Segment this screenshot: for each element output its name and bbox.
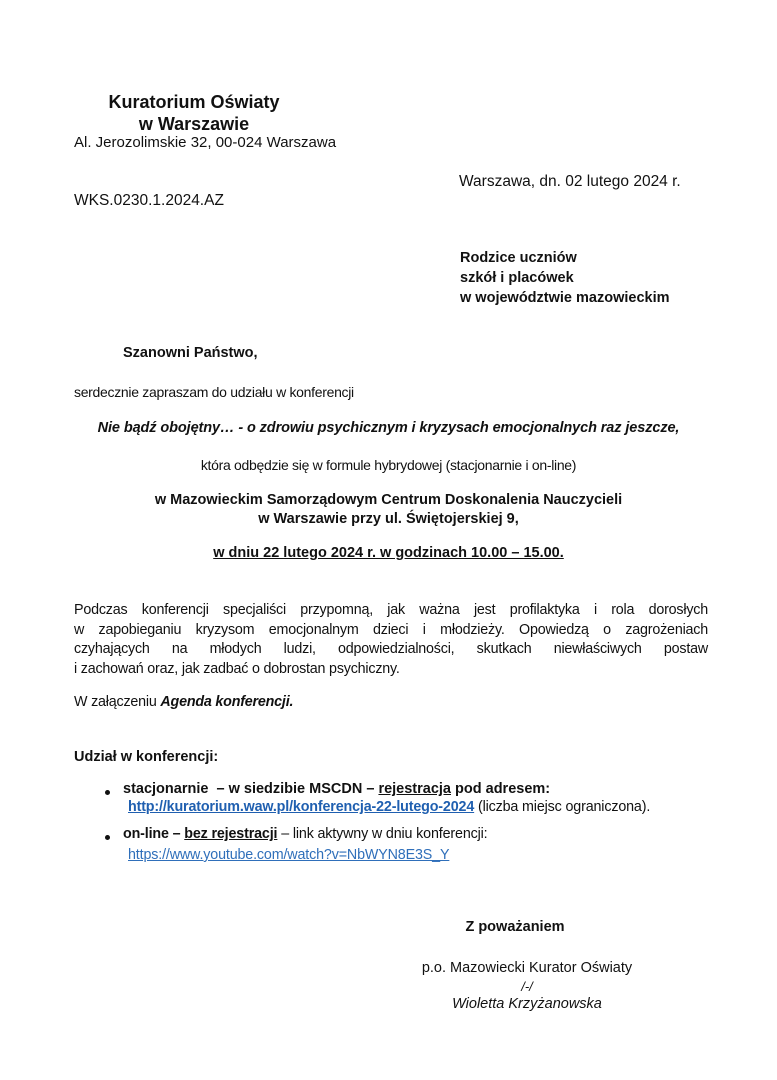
capacity-note: (liczba miejsc ograniczona).	[474, 799, 650, 815]
attachment-prefix: W załączeniu	[74, 694, 160, 710]
bullet-icon	[105, 835, 110, 840]
item-text: – w siedzibie MSCDN –	[208, 781, 378, 797]
description-line: w zapobieganiu kryzysom emocjonalnym dzi…	[74, 621, 708, 641]
signatory-name: Wioletta Krzyżanowska	[360, 995, 694, 1014]
salutation: Szanowni Państwo,	[123, 345, 258, 361]
participation-item-online: on-line – bez rejestracji – link aktywny…	[123, 826, 488, 842]
attachment-name: Agenda konferencji.	[160, 694, 293, 710]
org-name-line1: Kuratorium Oświaty	[0, 91, 388, 113]
signature-mark: /-/	[360, 978, 694, 995]
signature-block: p.o. Mazowiecki Kurator Oświaty /-/ Wiol…	[360, 959, 694, 1014]
mode-label: stacjonarnie	[123, 781, 208, 797]
recipient-line1: Rodzice uczniów	[460, 248, 670, 268]
recipient-block: Rodzice uczniów szkół i placówek w wojew…	[460, 248, 670, 308]
recipient-line2: szkół i placówek	[460, 268, 670, 288]
registration-link[interactable]: http://kuratorium.waw.pl/konferencja-22-…	[128, 799, 474, 815]
description-line: i zachowań oraz, jak zadbać o dobrostan …	[74, 660, 708, 680]
event-datetime: w dniu 22 lutego 2024 r. w godzinach 10.…	[0, 545, 777, 561]
signatory-title: p.o. Mazowiecki Kurator Oświaty	[360, 959, 694, 978]
bullet-icon	[105, 790, 110, 795]
description-line: Podczas konferencji specjaliści przypomn…	[74, 601, 708, 621]
organization-name: Kuratorium Oświaty w Warszawie	[0, 91, 388, 135]
registration-emphasis: rejestracja	[378, 781, 451, 797]
intro-text: serdecznie zapraszam do udziału w konfer…	[74, 384, 354, 400]
item-text: – link aktywny w dniu konferencji:	[277, 826, 487, 842]
attachment-note: W załączeniu Agenda konferencji.	[74, 694, 293, 710]
recipient-line3: w województwie mazowieckim	[460, 288, 670, 308]
conference-format: która odbędzie się w formule hybrydowej …	[0, 457, 777, 473]
participation-item-onsite: stacjonarnie – w siedzibie MSCDN – rejes…	[123, 781, 550, 797]
venue-block: w Mazowieckim Samorządowym Centrum Dosko…	[0, 491, 777, 529]
item-text: –	[169, 826, 184, 842]
venue-line1: w Mazowieckim Samorządowym Centrum Dosko…	[0, 491, 777, 510]
conference-title: Nie bądź obojętny… - o zdrowiu psychiczn…	[0, 420, 777, 436]
venue-line2: w Warszawie przy ul. Świętojerskiej 9,	[0, 510, 777, 529]
organization-address: Al. Jerozolimskie 32, 00-024 Warszawa	[74, 134, 336, 151]
no-registration-emphasis: bez rejestracji	[184, 826, 277, 842]
description-line: czyhających na młodych ludzi, odpowiedzi…	[74, 640, 708, 660]
participation-heading: Udział w konferencji:	[74, 749, 218, 765]
letter-date: Warszawa, dn. 02 lutego 2024 r.	[459, 173, 681, 191]
item-text: pod adresem:	[451, 781, 550, 797]
org-name-line2: w Warszawie	[0, 113, 388, 135]
closing-phrase: Z poważaniem	[0, 919, 777, 935]
mode-label: on-line	[123, 826, 169, 842]
description-paragraph: Podczas konferencji specjaliści przypomn…	[74, 601, 708, 679]
reference-number: WKS.0230.1.2024.AZ	[74, 192, 224, 210]
youtube-stream-link[interactable]: https://www.youtube.com/watch?v=NbWYN8E3…	[128, 847, 449, 863]
